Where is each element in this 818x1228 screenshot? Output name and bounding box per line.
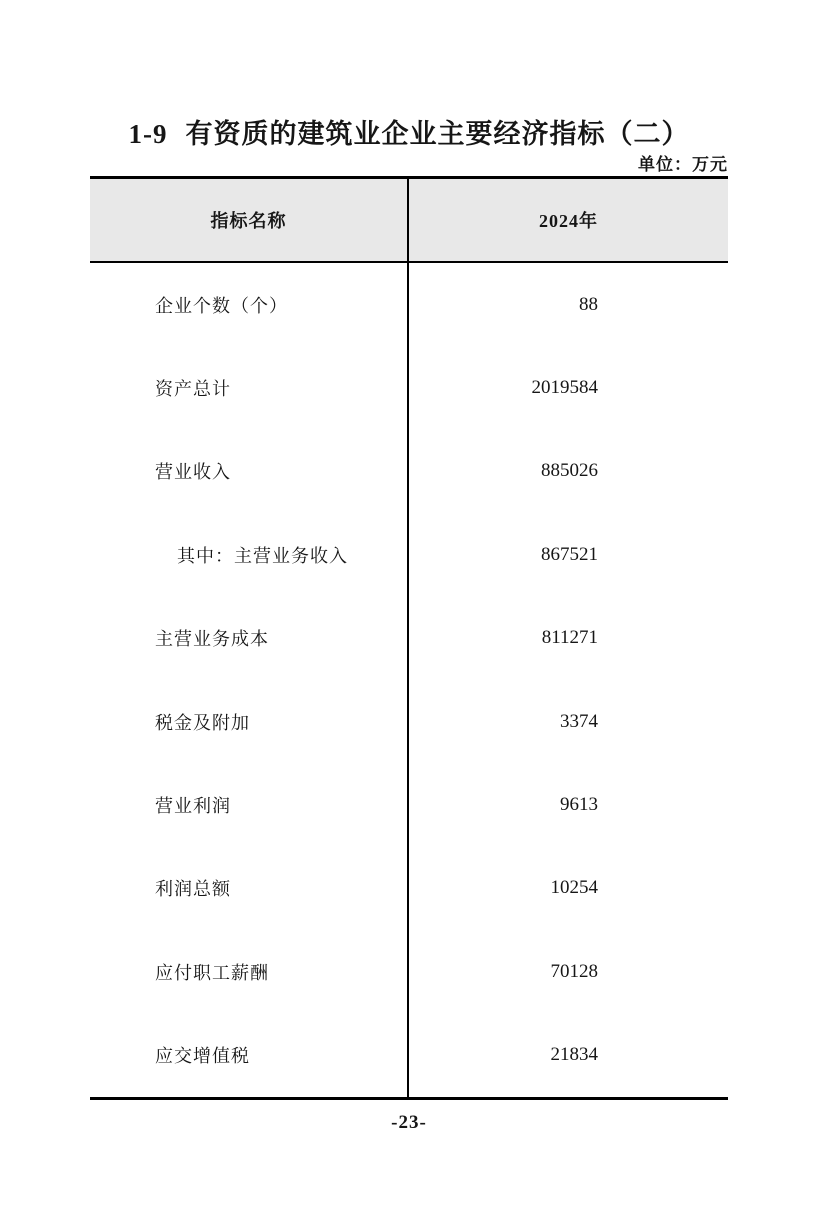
header-year-2024: 2024年 xyxy=(409,179,728,261)
indicator-name-cell: 主营业务成本 xyxy=(90,597,409,680)
header-indicator-name: 指标名称 xyxy=(90,179,409,261)
indicator-value-cell: 885026 xyxy=(409,430,728,513)
table-header-row: 指标名称 2024年 xyxy=(90,179,728,263)
indicator-value-cell: 10254 xyxy=(409,847,728,930)
indicator-value-cell: 9613 xyxy=(409,763,728,846)
indicator-name-cell: 税金及附加 xyxy=(90,680,409,763)
page-title: 1-9 有资质的建筑业企业主要经济指标（二） xyxy=(0,112,818,151)
indicator-value-cell: 21834 xyxy=(409,1014,728,1097)
table-row: 税金及附加 3374 xyxy=(90,680,728,763)
indicator-name-cell: 应付职工薪酬 xyxy=(90,930,409,1013)
indicator-name-cell: 利润总额 xyxy=(90,847,409,930)
table-number: 1-9 xyxy=(129,119,168,150)
table-body: 企业个数（个） 88 资产总计 2019584 营业收入 885026 其中：主… xyxy=(90,263,728,1097)
table-row: 企业个数（个） 88 xyxy=(90,263,728,346)
table-row: 营业利润 9613 xyxy=(90,763,728,846)
indicator-name-cell: 应交增值税 xyxy=(90,1014,409,1097)
table-row: 利润总额 10254 xyxy=(90,847,728,930)
indicator-name-cell: 资产总计 xyxy=(90,346,409,429)
document-page: 1-9 有资质的建筑业企业主要经济指标（二） 单位：万元 指标名称 2024年 … xyxy=(0,0,818,1228)
indicator-name-cell: 营业收入 xyxy=(90,430,409,513)
table-row: 营业收入 885026 xyxy=(90,430,728,513)
table-title-text: 有资质的建筑业企业主要经济指标（二） xyxy=(186,112,690,151)
table-row: 资产总计 2019584 xyxy=(90,346,728,429)
table-row: 应交增值税 21834 xyxy=(90,1014,728,1097)
indicator-value-cell: 3374 xyxy=(409,680,728,763)
indicator-value-cell: 2019584 xyxy=(409,346,728,429)
indicator-value-cell: 88 xyxy=(409,263,728,346)
indicator-value-cell: 811271 xyxy=(409,597,728,680)
indicator-name-cell: 营业利润 xyxy=(90,763,409,846)
indicator-value-cell: 70128 xyxy=(409,930,728,1013)
unit-note: 单位：万元 xyxy=(90,150,728,175)
indicator-name-cell: 企业个数（个） xyxy=(90,263,409,346)
indicator-name-cell: 其中：主营业务收入 xyxy=(90,513,409,596)
indicator-value-cell: 867521 xyxy=(409,513,728,596)
statistics-table: 指标名称 2024年 企业个数（个） 88 资产总计 2019584 营业收入 … xyxy=(90,176,728,1100)
table-row: 应付职工薪酬 70128 xyxy=(90,930,728,1013)
table-row: 主营业务成本 811271 xyxy=(90,597,728,680)
page-number: -23- xyxy=(0,1112,818,1134)
table-row: 其中：主营业务收入 867521 xyxy=(90,513,728,596)
